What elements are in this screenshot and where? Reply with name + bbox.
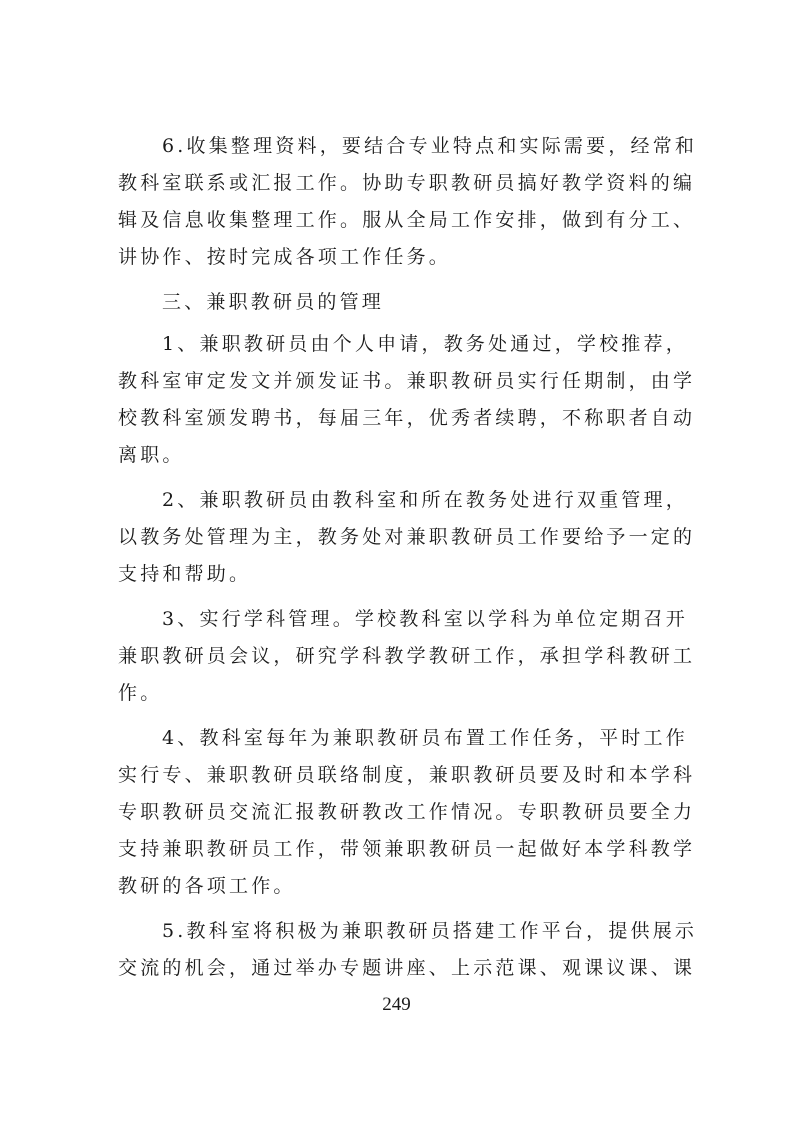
text-line: 支持兼职教研员工作，带领兼职教研员一起做好本学科教学 bbox=[118, 837, 684, 861]
page-number: 249 bbox=[0, 993, 793, 1017]
text-line: 支持和帮助。 bbox=[118, 562, 684, 586]
document-page: 6.收集整理资料，要结合专业特点和实际需要，经常和 教科室联系或汇报工作。协助专… bbox=[0, 0, 793, 1122]
text-line: 辑及信息收集整理工作。服从全局工作安排，做到有分工、 bbox=[118, 208, 684, 232]
text-line: 1、兼职教研员由个人申请，教务处通过，学校推荐， bbox=[162, 332, 684, 356]
section-heading: 三、兼职教研员的管理 bbox=[162, 290, 684, 314]
text-line: 以教务处管理为主，教务处对兼职教研员工作要给予一定的 bbox=[118, 525, 684, 549]
text-line: 作。 bbox=[118, 681, 684, 705]
text-line: 离职。 bbox=[118, 443, 684, 467]
text-line: 讲协作、按时完成各项工作任务。 bbox=[118, 245, 684, 269]
text-line: 专职教研员交流汇报教研教改工作情况。专职教研员要全力 bbox=[118, 800, 684, 824]
text-line: 教科室审定发文并颁发证书。兼职教研员实行任期制，由学 bbox=[118, 369, 684, 393]
text-line: 教研的各项工作。 bbox=[118, 874, 684, 898]
text-line: 5.教科室将积极为兼职教研员搭建工作平台，提供展示 bbox=[162, 919, 684, 943]
text-line: 兼职教研员会议，研究学科教学教研工作，承担学科教研工 bbox=[118, 644, 684, 668]
text-line: 2、兼职教研员由教科室和所在教务处进行双重管理， bbox=[162, 488, 684, 512]
text-line: 4、教科室每年为兼职教研员布置工作任务，平时工作 bbox=[162, 726, 684, 750]
text-line: 3、实行学科管理。学校教科室以学科为单位定期召开 bbox=[162, 607, 684, 631]
text-line: 6.收集整理资料，要结合专业特点和实际需要，经常和 bbox=[162, 134, 684, 158]
text-line: 实行专、兼职教研员联络制度，兼职教研员要及时和本学科 bbox=[118, 763, 684, 787]
text-line: 交流的机会，通过举办专题讲座、上示范课、观课议课、课 bbox=[118, 956, 684, 980]
text-line: 校教科室颁发聘书，每届三年，优秀者续聘，不称职者自动 bbox=[118, 406, 684, 430]
text-line: 教科室联系或汇报工作。协助专职教研员搞好教学资料的编 bbox=[118, 171, 684, 195]
